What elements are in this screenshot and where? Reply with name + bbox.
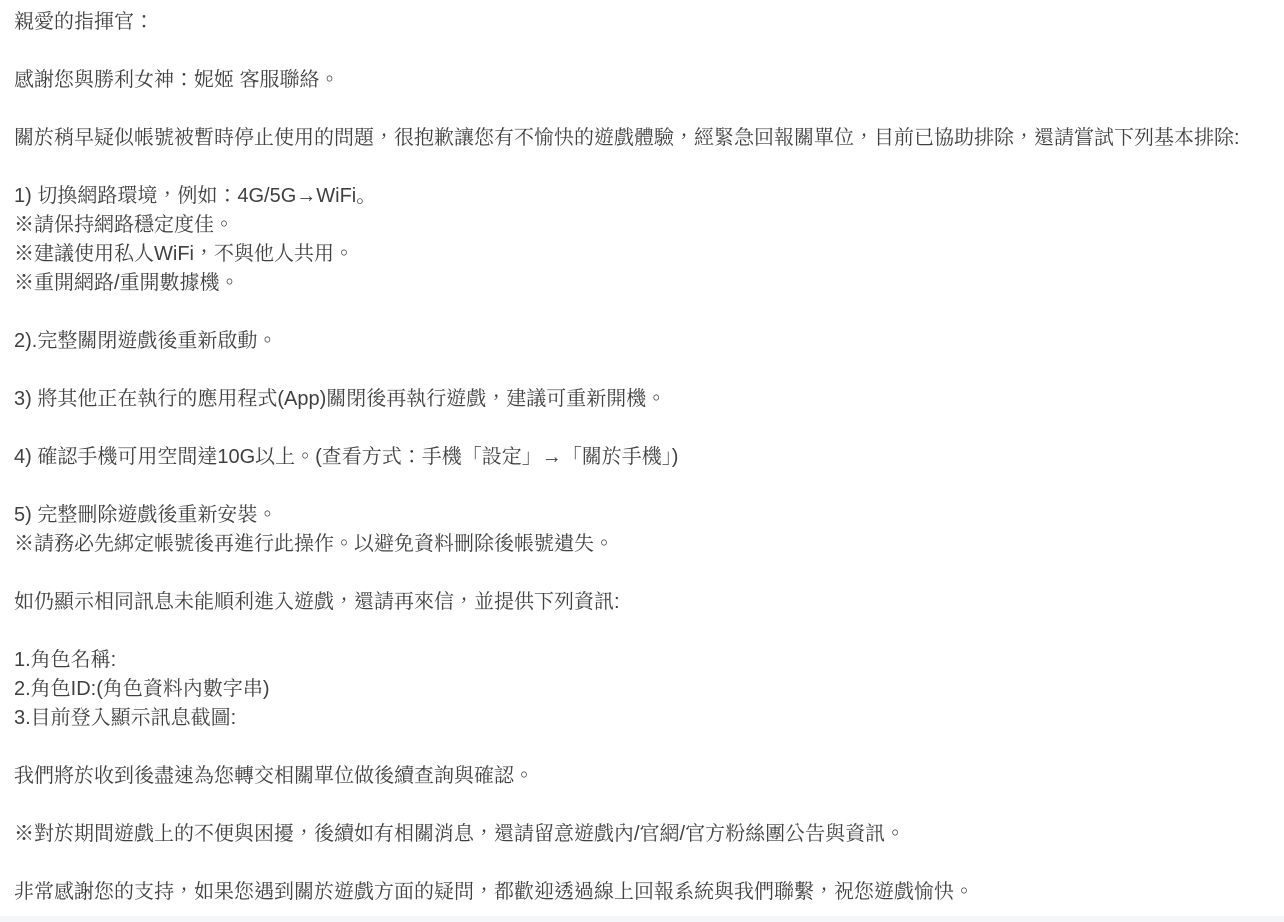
next-section-edge (0, 916, 1284, 922)
step-1-paragraph: 1) 切換網路環境，例如：4G/5G→WiFi。 ※請保持網路穩定度佳。 ※建議… (14, 182, 1270, 298)
salutation-paragraph: 親愛的指揮官： (14, 8, 1270, 37)
thanks-paragraph: 感謝您與勝利女神：妮姬 客服聯絡。 (14, 66, 1270, 95)
issue-summary-line: 關於稍早疑似帳號被暫時停止使用的問題，很抱歉讓您有不愉快的遊戲體驗，經緊急回報關… (14, 124, 1270, 153)
followup-instruction-line: 如仍顯示相同訊息未能順利進入遊戲，還請再來信，並提供下列資訊: (14, 588, 1270, 617)
step-2-line: 2).完整關閉遊戲後重新啟動。 (14, 327, 1270, 356)
info-item-3: 3.目前登入顯示訊息截圖: (14, 704, 1270, 733)
step-1-note-1: ※請保持網路穩定度佳。 (14, 211, 1270, 240)
forwarding-note-line: 我們將於收到後盡速為您轉交相關單位做後續查詢與確認。 (14, 762, 1270, 791)
step-2-paragraph: 2).完整關閉遊戲後重新啟動。 (14, 327, 1270, 356)
step-4-line: 4) 確認手機可用空間達10G以上。(查看方式：手機「設定」→「關於手機」) (14, 443, 1270, 472)
required-info-paragraph: 1.角色名稱: 2.角色ID:(角色資料內數字串) 3.目前登入顯示訊息截圖: (14, 646, 1270, 733)
announcement-note-line: ※對於期間遊戲上的不便與困擾，後續如有相關消息，還請留意遊戲內/官網/官方粉絲團… (14, 820, 1270, 849)
step-3-line: 3) 將其他正在執行的應用程式(App)關閉後再執行遊戲，建議可重新開機。 (14, 385, 1270, 414)
followup-instruction-paragraph: 如仍顯示相同訊息未能順利進入遊戲，還請再來信，並提供下列資訊: (14, 588, 1270, 617)
step-1-note-3: ※重開網路/重開數據機。 (14, 269, 1270, 298)
support-reply-letter: 親愛的指揮官： 感謝您與勝利女神：妮姬 客服聯絡。 關於稍早疑似帳號被暫時停止使… (0, 0, 1284, 907)
info-item-2: 2.角色ID:(角色資料內數字串) (14, 675, 1270, 704)
forwarding-note-paragraph: 我們將於收到後盡速為您轉交相關單位做後續查詢與確認。 (14, 762, 1270, 791)
issue-summary-paragraph: 關於稍早疑似帳號被暫時停止使用的問題，很抱歉讓您有不愉快的遊戲體驗，經緊急回報關… (14, 124, 1270, 153)
step-1-note-2: ※建議使用私人WiFi，不與他人共用。 (14, 240, 1270, 269)
announcement-note-paragraph: ※對於期間遊戲上的不便與困擾，後續如有相關消息，還請留意遊戲內/官網/官方粉絲團… (14, 820, 1270, 849)
step-3-paragraph: 3) 將其他正在執行的應用程式(App)關閉後再執行遊戲，建議可重新開機。 (14, 385, 1270, 414)
closing-line: 非常感謝您的支持，如果您遇到關於遊戲方面的疑問，都歡迎透過線上回報系統與我們聯繫… (14, 878, 1270, 907)
step-5-paragraph: 5) 完整刪除遊戲後重新安裝。 ※請務必先綁定帳號後再進行此操作。以避免資料刪除… (14, 501, 1270, 559)
salutation-line: 親愛的指揮官： (14, 8, 1270, 37)
closing-paragraph: 非常感謝您的支持，如果您遇到關於遊戲方面的疑問，都歡迎透過線上回報系統與我們聯繫… (14, 878, 1270, 907)
thanks-line: 感謝您與勝利女神：妮姬 客服聯絡。 (14, 66, 1270, 95)
info-item-1: 1.角色名稱: (14, 646, 1270, 675)
step-4-paragraph: 4) 確認手機可用空間達10G以上。(查看方式：手機「設定」→「關於手機」) (14, 443, 1270, 472)
step-1-line: 1) 切換網路環境，例如：4G/5G→WiFi。 (14, 182, 1270, 211)
step-5-line: 5) 完整刪除遊戲後重新安裝。 (14, 501, 1270, 530)
step-5-note: ※請務必先綁定帳號後再進行此操作。以避免資料刪除後帳號遺失。 (14, 530, 1270, 559)
